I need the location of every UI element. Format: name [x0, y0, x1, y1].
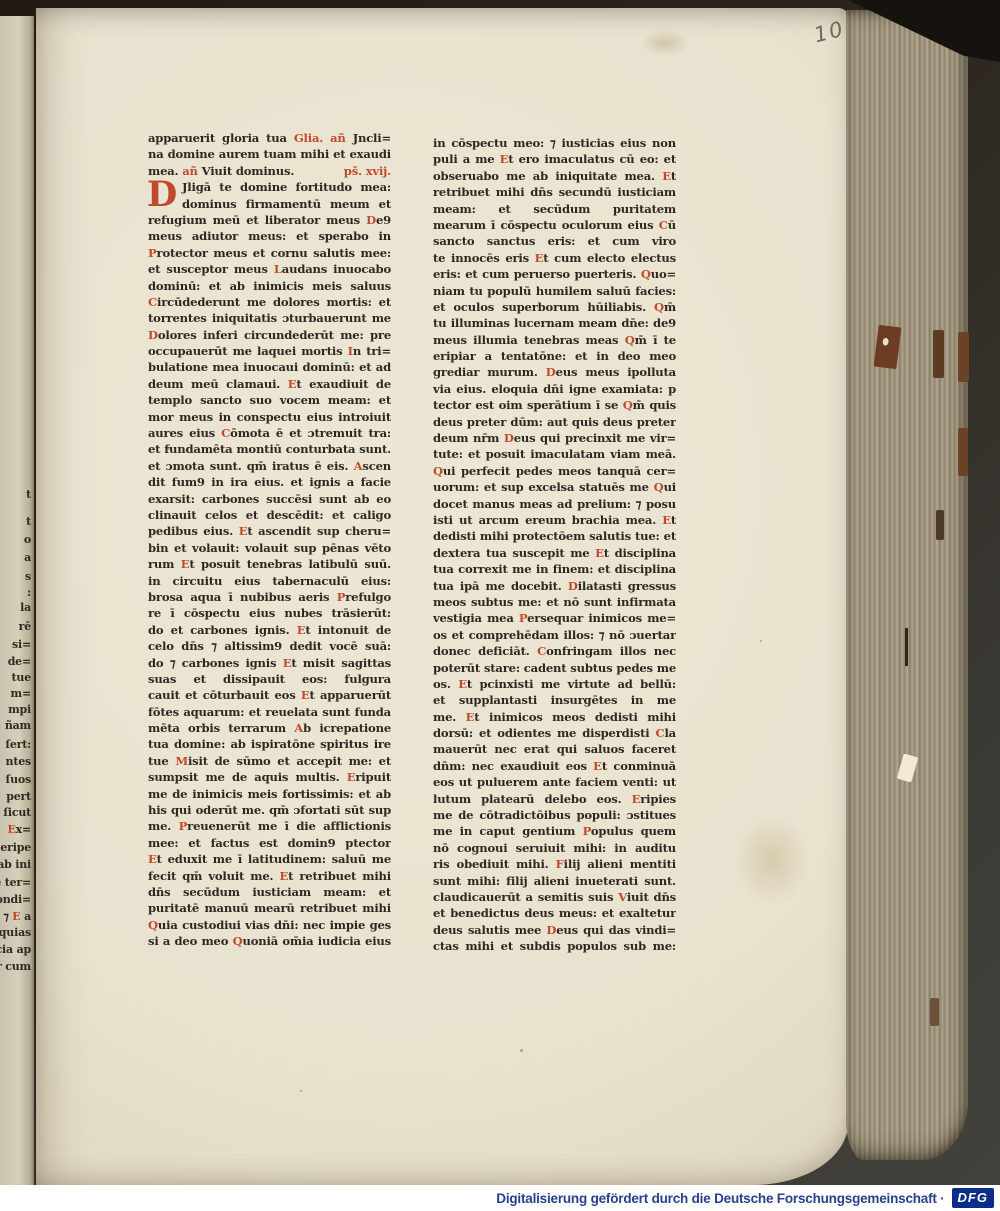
ink-text: eris: et cum peruerso puerteris.: [433, 267, 641, 281]
text-line: in cōspectu meo: ⁊ iusticias eius non re: [433, 135, 676, 151]
ink-text: ripies: [640, 792, 676, 806]
rubric-text: C: [537, 644, 546, 658]
text-line: deum meū clamaui. Et exaudiuit de: [148, 376, 391, 392]
text-line: rum Et posuit tenebras latibulū suū.: [148, 556, 391, 572]
text-line: me in caput gentium Populus quem: [433, 823, 676, 839]
rubric-text: E: [535, 251, 544, 265]
ink-text: meus adiutor meus: et sperabo in eum: [148, 229, 391, 244]
gutter-text-fragment: or cum: [0, 959, 31, 975]
gutter-text-fragment: t: [26, 514, 31, 530]
text-line: niam tu populū humilem saluū facies:: [433, 283, 676, 299]
text-line: puli a me Et ero imaculatus cū eo: et: [433, 151, 676, 167]
rubric-text: D: [148, 328, 158, 342]
ink-text: tute: et posuit imaculatam viam meā.: [433, 447, 676, 461]
ink-text: uo=: [651, 267, 676, 281]
ink-text: pert: [6, 790, 31, 803]
ink-text: isti ut arcum ereum brachia mea.: [433, 513, 662, 527]
text-line: mor meus in conspectu eius introiuit in: [148, 409, 391, 425]
left-column: apparuerit gloria tua Glia. añ Jncli=na …: [148, 130, 391, 950]
ink-text: obseruabo me ab iniquitate mea.: [433, 169, 662, 183]
ink-text: icia ap: [0, 943, 31, 956]
rubric-text: pš. xvij.: [344, 164, 391, 178]
text-line: sumpsit me de aquis multis. Eripuit: [148, 769, 391, 785]
ink-text: condi=: [0, 893, 31, 906]
ink-text: ctas mihi et subdis populos sub me:: [433, 939, 676, 953]
ink-text: ui: [664, 480, 676, 494]
ink-text: ilatasti gressus: [578, 579, 676, 593]
text-line: sancto sanctus eris: et cum viro īnocen: [433, 233, 676, 249]
ink-text: na domine aurem tuam mihi et exaudi verb…: [148, 147, 391, 162]
text-line: clinauit celos et descēdit: et caligo su…: [148, 507, 391, 523]
ink-text: fecit qm̄ voluit me.: [148, 869, 279, 883]
ink-text: la: [664, 726, 676, 740]
text-line: dominus firmamentū meum et: [148, 196, 391, 212]
text-line: mea. añ Viuit dominus.pš. xvij.: [148, 163, 391, 179]
ink-text: x=: [16, 823, 31, 836]
ink-text: tua correxit me in finem: et disciplina: [433, 562, 676, 576]
rubric-text: P: [337, 590, 346, 604]
ink-text: o: [24, 533, 31, 546]
ink-text: ū: [668, 218, 676, 232]
text-line: sunt mihi: filij alieni inueterati sunt.…: [433, 873, 676, 889]
gutter-text-fragment: pert: [6, 789, 31, 805]
ink-text: vestigia mea: [433, 611, 519, 625]
text-line: Circūdederunt me dolores mortis: et: [148, 294, 391, 310]
ink-text: t conminuā: [602, 759, 676, 773]
text-line: fecit qm̄ voluit me. Et retribuet mihi: [148, 868, 391, 884]
text-line: et fundamēta montiū conturbata sunt.: [148, 441, 391, 457]
text-line: pedibus eius. Et ascendit sup cheru=: [148, 523, 391, 539]
text-line: do et carbones ignis. Et intonuit de: [148, 622, 391, 638]
ink-text: occupauerūt me laquei mortis: [148, 344, 348, 358]
ink-text: de=: [8, 655, 31, 668]
ink-text: in circuitu eius tabernaculū eius: tene=: [148, 574, 391, 589]
text-line: aures eius Cōmota ē et ɔtremuit tra:: [148, 425, 391, 441]
ink-text: aures eius: [148, 426, 221, 440]
ink-text: t: [671, 513, 676, 527]
ink-text: ntes: [6, 755, 31, 768]
gutter-text-fragment: s: [25, 569, 31, 585]
ink-text: bin et volauit: volauit sup pēnas vēto: [148, 541, 391, 555]
rubric-text: C: [659, 218, 668, 232]
text-line: me. Preuenerūt me ī die afflictionis: [148, 818, 391, 834]
ink-text: Jncli=: [353, 131, 391, 145]
gutter-text-fragment: tue: [12, 670, 31, 686]
text-line: tue Misit de sūmo et accepit me: et as=: [148, 753, 391, 769]
text-line: Dolores inferi circundederūt me: pre: [148, 327, 391, 343]
ink-text: ircūdederunt me dolores mortis: et: [157, 295, 391, 309]
ink-text: reuenerūt me ī die afflictionis: [187, 819, 391, 833]
ink-text: mēta orbis terrarum: [148, 721, 294, 735]
ink-text: exarsit: carbones succēsi sunt ab eo: [148, 492, 391, 506]
ink-text: dn̄m: nec exaudiuit eos: [433, 759, 593, 773]
ink-text: apparuerit gloria tua: [148, 131, 294, 145]
ink-text: refulgo: [345, 590, 391, 604]
ink-text: dominū: et ab inimicis meis saluus ero: [148, 279, 391, 294]
gutter-text-fragment: ⁊ E a: [3, 909, 31, 925]
text-line: mēta orbis terrarum Ab icrepatione: [148, 720, 391, 736]
ink-text: do ⁊ carbones ignis: [148, 656, 283, 670]
ink-text: tu illuminas lucernam meam dn̄e: de9: [433, 316, 676, 330]
ink-text: scen: [362, 459, 391, 473]
ink-text: a: [24, 551, 31, 564]
rubric-text: E: [466, 710, 475, 724]
text-line: donec deficiāt. Confringam illos nec: [433, 643, 676, 659]
ink-text: t apparuerūt: [309, 688, 391, 702]
ink-text: poterūt stare: cadent subtus pedes me: [433, 661, 676, 675]
ink-text: m=: [11, 687, 31, 700]
ink-text: dn̄s secūdum iusticiam meam: et scd̄m: [148, 885, 391, 900]
gutter-text-fragment: ſicut: [3, 805, 31, 821]
text-line: suas et dissipauit eos: fulgura multipli: [148, 671, 391, 687]
text-line: Protector meus et cornu salutis mee:: [148, 245, 391, 261]
rubric-text: P: [148, 246, 157, 260]
ink-text: t: [671, 169, 676, 183]
text-line: dominū: et ab inimicis meis saluus ero: [148, 278, 391, 294]
rubric-text: E: [148, 852, 157, 866]
ink-text: eripe: [0, 841, 31, 854]
ink-text: lutum platearū delebo eos.: [433, 792, 632, 806]
text-line: retribuet mihi dn̄s secundū iusticiam: [433, 184, 676, 200]
ink-text: torrentes iniquitatis ɔturbauerunt me: [148, 311, 391, 325]
ink-text: m̄ quis: [633, 398, 676, 412]
leather-tab: [930, 998, 939, 1026]
gutter-text-fragment: la: [20, 600, 31, 616]
ink-text: Jligā te domine fortitudo mea:: [182, 180, 391, 194]
leather-tab: [958, 332, 969, 382]
ink-text: si a deo meo: [148, 934, 233, 948]
text-line: nō cognoui seruiuit mihi: in auditu au=: [433, 840, 676, 856]
ink-text: eus qui precinxit me vir=: [514, 431, 676, 445]
ink-text: dedisti mihi protectōem salutis tue: et: [433, 529, 676, 543]
ink-text: uorum: et sup excelsa statuēs me: [433, 480, 654, 494]
ink-text: uia custodiui vias dn̄i: nec impie ges: [158, 918, 391, 932]
rubric-text: E: [500, 152, 509, 166]
text-line: brosa aqua ī nubibus aeris Prefulgo: [148, 589, 391, 605]
text-line: tua ipā me docebit. Dilatasti gressus: [433, 578, 676, 594]
text-line: ctas mihi et subdis populos sub me:: [433, 938, 676, 954]
ink-text: rē: [19, 620, 31, 633]
text-line: celo dn̄s ⁊ altissim9 dedit vocē suā: gr…: [148, 638, 391, 654]
ink-text: rum: [148, 557, 181, 571]
ink-text: grediar murum.: [433, 365, 546, 379]
ink-text: sunt mihi: filij alieni inueterati sunt.…: [433, 874, 676, 889]
ink-text: me de inimicis meis fortissimis: et ab: [148, 787, 391, 801]
rubric-text: añ: [182, 164, 201, 178]
text-line: tu illuminas lucernam meam dn̄e: de9: [433, 315, 676, 331]
ink-text: refugium meū et liberator meus: [148, 213, 366, 227]
ink-text: sancto sanctus eris: et cum viro īnocen: [433, 234, 676, 249]
rubric-text: D: [568, 579, 578, 593]
ink-text: cauit et cōturbauit eos: [148, 688, 301, 702]
ink-text: bulatione mea inuocaui dominū: et ad: [148, 360, 391, 374]
text-line: grediar murum. Deus meus ipolluta: [433, 364, 676, 380]
ink-text: et supplantasti insurgētes in me subt9: [433, 693, 676, 708]
rubric-text: C: [148, 295, 157, 309]
rubric-text: E: [662, 169, 671, 183]
ink-text: dextera tua suscepit me: [433, 546, 595, 560]
gutter-text-fragment: o: [24, 532, 31, 548]
right-column: in cōspectu meo: ⁊ iusticias eius non re…: [433, 135, 676, 955]
foxing-speck: [300, 1090, 302, 1092]
text-line: meam: et secūdum puritatem manuum: [433, 201, 676, 217]
gutter-text-fragment: de ter=: [0, 875, 31, 891]
ink-text: tue: [148, 754, 175, 768]
ink-text: deum meū clamaui.: [148, 377, 288, 391]
ink-text: ripuit: [355, 770, 391, 784]
ink-text: tua ipā me docebit.: [433, 579, 568, 593]
ink-text: t intonuit de: [305, 623, 391, 637]
rubric-text: E: [662, 513, 671, 527]
ink-text: in cōspectu meo: ⁊ iusticias eius non re: [433, 136, 676, 151]
text-line: Et eduxit me ī latitudinem: saluū me: [148, 851, 391, 867]
text-line: me de inimicis meis fortissimis: et ab: [148, 786, 391, 802]
ink-text: clinauit celos et descēdit: et caligo su…: [148, 508, 391, 523]
text-line: refugium meū et liberator meus De9: [148, 212, 391, 228]
ink-text: ui perfecit pedes meos tanquā cer=: [443, 464, 676, 478]
ink-text: donec deficiāt.: [433, 644, 537, 658]
text-line: dorsū: et odientes me disperdisti Cla: [433, 725, 676, 741]
text-line: cauit et cōturbauit eos Et apparuerūt: [148, 687, 391, 703]
text-line: et oculos superborum hūiliabis. Qm̄: [433, 299, 676, 315]
rubric-text: F: [556, 857, 564, 871]
gutter-text-fragment: eripe: [0, 840, 31, 856]
rubric-text: P: [179, 819, 188, 833]
ink-text: deus salutis mee: [433, 923, 546, 937]
ink-text: re ī cōspectu eius nubes trāsierūt: grā=: [148, 606, 391, 621]
gutter-text-fragment: ñam: [5, 718, 31, 734]
ink-text: tua domine: ab ispiratōne spiritus ire: [148, 737, 391, 751]
ink-text: templo sancto suo vocem meam: et cla: [148, 393, 391, 408]
text-line: me de cōtradictōibus populi: ɔstitues: [433, 807, 676, 823]
ink-text: deum nr̄m: [433, 431, 504, 445]
ink-text: mor meus in conspectu eius introiuit in: [148, 410, 391, 425]
ink-text: deus preter dūm: aut quis deus preter: [433, 415, 676, 429]
ink-text: ris obediuit mihi.: [433, 857, 556, 871]
text-line: uorum: et sup excelsa statuēs me Qui: [433, 479, 676, 495]
ink-text: ⁊: [3, 910, 12, 923]
ink-text: brosa aqua ī nubibus aeris: [148, 590, 337, 604]
text-line: ris obediuit mihi. Filij alieni mentiti: [433, 856, 676, 872]
drop-initial: D: [144, 179, 180, 211]
text-line: vestigia mea Persequar inimicos me=: [433, 610, 676, 626]
rubric-text: D: [546, 365, 556, 379]
ink-text: ſert:: [5, 738, 31, 751]
text-line: Qui perfecit pedes meos tanquā cer=: [433, 463, 676, 479]
ink-text: mauerūt nec erat qui saluos faceret ad: [433, 742, 676, 757]
text-line: et benedictus deus meus: et exaltetur: [433, 905, 676, 921]
ink-text: ſicut: [3, 806, 31, 819]
text-line: mee: et factus est domin9 ptector me9: [148, 835, 391, 851]
text-line: deus salutis mee Deus qui das vindi=: [433, 922, 676, 938]
ink-text: ab ini: [0, 858, 31, 871]
foxing-speck: [520, 1049, 523, 1052]
rubric-text: V: [618, 890, 627, 904]
ink-text: n tri=: [353, 344, 391, 358]
ink-text: et benedictus deus meus: et exaltetur: [433, 906, 676, 920]
ink-text: me.: [148, 819, 179, 833]
ink-text: eus qui das vindi=: [556, 923, 676, 937]
gutter-text-fragment: ſuos: [6, 772, 31, 788]
text-line: meus adiutor meus: et sperabo in eum: [148, 228, 391, 244]
text-line: tute: et posuit imaculatam viam meā.: [433, 446, 676, 462]
text-line: re ī cōspectu eius nubes trāsierūt: grā=: [148, 605, 391, 621]
text-line: occupauerūt me laquei mortis In tri=: [148, 343, 391, 359]
ink-text: t posuit tenebras latibulū suū.: [189, 557, 391, 571]
ink-text: puli a me: [433, 152, 500, 166]
ink-text: m̄: [664, 300, 676, 314]
ink-text: ōmota ē et ɔtremuit tra:: [230, 426, 391, 440]
rubric-text: E: [458, 677, 467, 691]
rubric-text: M: [175, 754, 188, 768]
rubric-text: E: [632, 792, 641, 806]
ink-text: celo dn̄s ⁊ altissim9 dedit vocē suā: gr…: [148, 639, 391, 654]
gutter-text-fragment: icia ap: [0, 942, 31, 958]
ink-text: si=: [12, 638, 31, 651]
ink-text: eus meus ipolluta: [556, 365, 676, 379]
ink-text: olores inferi circundederūt me: pre: [158, 328, 391, 342]
text-line: deus preter dūm: aut quis deus preter: [433, 414, 676, 430]
text-line: puritatē manuū mearū retribuet mihi: [148, 900, 391, 916]
ink-text: t disciplina: [604, 546, 676, 560]
ink-text: ſuos: [6, 773, 31, 786]
ink-text: me in caput gentium: [433, 824, 583, 838]
ink-text: meos subtus me: et nō sunt infirmata: [433, 595, 676, 609]
text-line: et susceptor meus Laudans inuocabo: [148, 261, 391, 277]
ink-text: et ɔmota sunt. qm̄ iratus ē eis.: [148, 459, 354, 473]
facing-page-sliver: ttoas:larēsi=de=tuem=mpiñamſert:ntesſuos…: [0, 16, 34, 1185]
gutter-text-fragment: ſert:: [5, 737, 31, 753]
rubric-text: Q: [623, 398, 633, 412]
text-line: fōtes aquarum: et reuelata sunt funda: [148, 704, 391, 720]
rubric-text: A: [294, 721, 303, 735]
text-line: mearum ī cōspectu oculorum eius Cū: [433, 217, 676, 233]
text-line: lutum platearū delebo eos. Eripies: [433, 791, 676, 807]
ink-text: s: [25, 570, 31, 583]
ink-text: mpi: [8, 703, 31, 716]
ink-text: os et comprehēdam illos: ⁊ nō ɔuertar: [433, 628, 676, 642]
leather-tab: [936, 510, 944, 540]
text-line: Jligā te domine fortitudo mea:: [148, 179, 391, 195]
text-line: dedisti mihi protectōem salutis tue: et: [433, 528, 676, 544]
gutter-text-fragment: rē: [19, 619, 31, 635]
rubric-text: E: [7, 823, 15, 836]
text-line: bin et volauit: volauit sup pēnas vēto: [148, 540, 391, 556]
ink-text: tue: [12, 671, 31, 684]
ink-text: or cum: [0, 960, 31, 973]
ink-text: et fundamēta montiū conturbata sunt.: [148, 442, 391, 456]
dfg-logo: DFG: [952, 1188, 994, 1208]
ink-text: puritatē manuū mearū retribuet mihi: [148, 901, 391, 915]
text-line: meus illumia tenebras meas Qm̄ ī te: [433, 332, 676, 348]
ink-text: la: [20, 601, 31, 614]
text-line: templo sancto suo vocem meam: et cla: [148, 392, 391, 408]
rubric-text: Q: [654, 300, 664, 314]
ink-text: ñam: [5, 719, 31, 732]
ink-text: pedibus eius.: [148, 524, 239, 538]
text-line: eris: et cum peruerso puerteris. Quo=: [433, 266, 676, 282]
text-line: docet manus meas ad prelium: ⁊ posu: [433, 496, 676, 512]
rubric-text: P: [519, 611, 527, 625]
ink-text: retribuet mihi dn̄s secundū iusticiam: [433, 185, 676, 199]
rubric-text: D: [546, 923, 556, 937]
ink-text: rotector meus et cornu salutis mee:: [157, 246, 391, 260]
ink-text: niam tu populū humilem saluū facies:: [433, 284, 676, 298]
leather-tab: [933, 330, 944, 378]
text-line: exarsit: carbones succēsi sunt ab eo In: [148, 491, 391, 507]
rubric-text: L: [274, 262, 282, 276]
ink-text: t retribuet mihi: [288, 869, 391, 883]
text-line: in circuitu eius tabernaculū eius: tene=: [148, 573, 391, 589]
ink-text: eos ut puluerem ante faciem venti: ut: [433, 775, 676, 789]
ink-text: suas et dissipauit eos: fulgura multipli: [148, 672, 391, 687]
ink-text: mearum ī cōspectu oculorum eius: [433, 218, 659, 232]
text-line: do ⁊ carbones ignis Et misit sagittas: [148, 655, 391, 671]
text-line: obseruabo me ab iniquitate mea. Et: [433, 168, 676, 184]
text-line: dn̄s secūdum iusticiam meam: et scd̄m: [148, 884, 391, 900]
gutter-text-fragment: m=: [11, 686, 31, 702]
text-line: his qui oderūt me. qm̄ ɔfortati sūt sup: [148, 802, 391, 818]
text-line: et ɔmota sunt. qm̄ iratus ē eis. Ascen: [148, 458, 391, 474]
text-line: torrentes iniquitatis ɔturbauerunt me: [148, 310, 391, 326]
ink-text: via eius. eloquia dn̄i igne examiata: p: [433, 382, 676, 396]
ink-text: sumpsit me de aquis multis.: [148, 770, 347, 784]
ink-text: ilij alieni mentiti: [564, 857, 676, 871]
ink-text: nō cognoui seruiuit mihi: in auditu au=: [433, 841, 676, 856]
gutter-text-fragment: :: [27, 585, 31, 601]
text-line: te innocēs eris Et cum electo electus: [433, 250, 676, 266]
rubric-text: C: [221, 426, 230, 440]
text-line: eos ut puluerem ante faciem venti: ut: [433, 774, 676, 790]
text-line: na domine aurem tuam mihi et exaudi verb…: [148, 146, 391, 162]
ink-text: t ascendit sup cheru=: [247, 524, 391, 538]
ink-text: opulus quem: [591, 824, 676, 838]
text-line: dextera tua suscepit me Et disciplina: [433, 545, 676, 561]
ink-text: t exaudiuit de: [296, 377, 391, 391]
ink-text: tector est oim sperātium ī se: [433, 398, 623, 412]
ink-text: e9: [376, 213, 391, 227]
ink-text: claudicauerūt a semitis suis: [433, 890, 618, 904]
text-line: mauerūt nec erat qui saluos faceret ad: [433, 741, 676, 757]
ink-text: t inimicos meos dedisti mihi: [474, 710, 676, 724]
text-line: deum nr̄m Deus qui precinxit me vir=: [433, 430, 676, 446]
ink-text: meus illumia tenebras meas: [433, 333, 625, 347]
gutter-text-fragment: mpi: [8, 702, 31, 718]
ink-text: de ter=: [0, 876, 31, 889]
ink-text: fōtes aquarum: et reuelata sunt funda: [148, 705, 391, 719]
text-line: os. Et pcinxisti me virtute ad bellū:: [433, 676, 676, 692]
ink-text: me de cōtradictōibus populi: ɔstitues: [433, 808, 676, 822]
ink-text: t: [26, 515, 31, 528]
ink-text: audans inuocabo: [282, 262, 391, 276]
ink-text: uoniā om̄ia iudicia eius: [243, 934, 392, 948]
ink-text: t cum electo electus: [543, 251, 676, 265]
rubric-text: Q: [625, 333, 635, 347]
ink-text: Viuit dominus.: [202, 164, 295, 178]
ink-text: dominus firmamentū meum et: [182, 197, 391, 211]
ink-text: te innocēs eris: [433, 251, 535, 265]
ink-text: dorsū: et odientes me disperdisti: [433, 726, 655, 740]
gutter-text-fragment: a: [24, 550, 31, 566]
ink-text: t ero imaculatus cū eo: et: [508, 152, 676, 166]
ink-text: ersequar inimicos me=: [527, 611, 676, 625]
rubric-text: E: [279, 869, 288, 883]
ink-text: mee: et factus est domin9 ptector me9: [148, 836, 391, 851]
rubric-text: Q: [641, 267, 651, 281]
text-line: isti ut arcum ereum brachia mea. Et: [433, 512, 676, 528]
rubric-text: D: [504, 431, 514, 445]
banner-text: Digitalisierung gefördert durch die Deut…: [496, 1191, 944, 1206]
